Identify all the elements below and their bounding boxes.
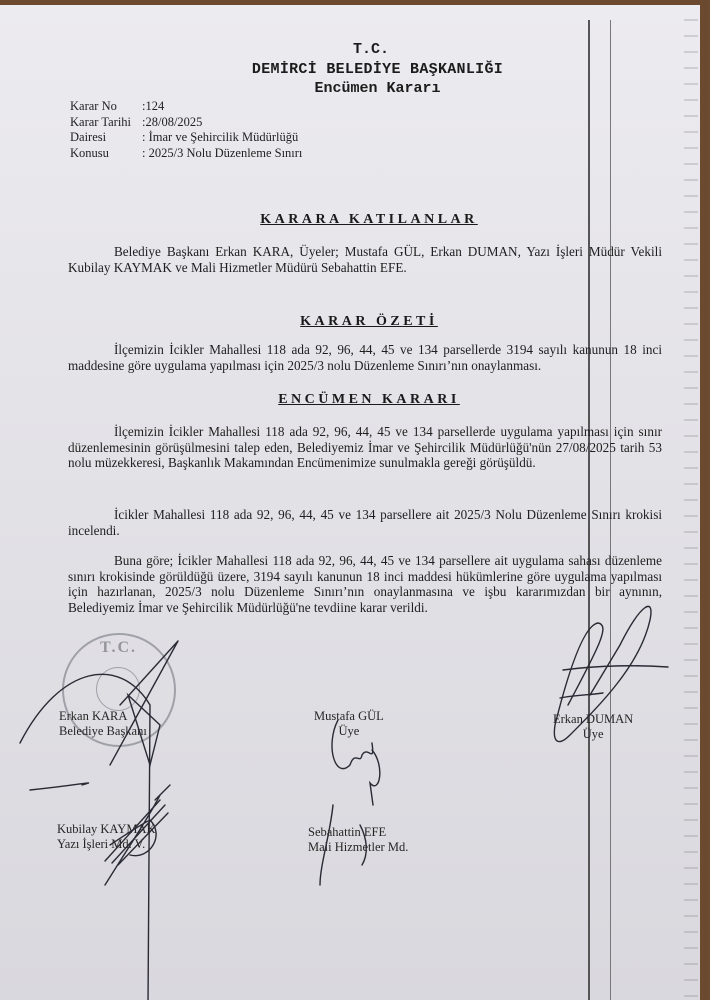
signatory-title: Yazı İşleri Md. V. (57, 837, 156, 852)
signatory-name: Mustafa GÜL (314, 709, 384, 724)
meta-value: :28/08/2025 (142, 115, 202, 131)
meta-label: Dairesi (70, 130, 142, 146)
signatory-title: Belediye Başkanı (59, 724, 147, 739)
meta-row-decision-no: Karar No :124 (70, 99, 302, 115)
document-page: T.C. DEMİRCİ BELEDİYE BAŞKANLIĞI Encümen… (0, 5, 700, 1000)
decision-paragraph: Buna göre; İcikler Mahallesi 118 ada 92,… (68, 553, 662, 615)
signature-block-member: Mustafa GÜL Üye (314, 709, 384, 739)
meta-label: Karar Tarihi (70, 115, 142, 131)
signatory-name: Kubilay KAYMAK (57, 822, 156, 837)
decision-text: İcikler Mahallesi 118 ada 92, 96, 44, 45… (68, 507, 662, 538)
signatory-name: Sebahattin EFE (308, 825, 408, 840)
signatory-name: Erkan KARA (59, 709, 147, 724)
header-country: T.C. (42, 41, 700, 58)
signatory-title: Mali Hizmetler Md. (308, 840, 408, 855)
header-document-type: Encümen Kararı (55, 80, 700, 97)
signatory-title: Üye (553, 727, 633, 742)
signature-block-clerk: Kubilay KAYMAK Yazı İşleri Md. V. (57, 822, 156, 852)
meta-row-decision-date: Karar Tarihi :28/08/2025 (70, 115, 302, 131)
summary-paragraph: İlçemizin İcikler Mahallesi 118 ada 92, … (68, 342, 662, 373)
seal-crescent-icon (96, 667, 140, 711)
participants-paragraph: Belediye Başkanı Erkan KARA, Üyeler; Mus… (68, 244, 662, 275)
meta-label: Konusu (70, 146, 142, 162)
signature-block-member: Erkan DUMAN Üye (553, 712, 633, 742)
decision-paragraph: İlçemizin İcikler Mahallesi 118 ada 92, … (68, 424, 662, 471)
meta-value: : 2025/3 Nolu Düzenleme Sınırı (142, 146, 302, 162)
header-organization: DEMİRCİ BELEDİYE BAŞKANLIĞI (55, 61, 700, 78)
decision-text: Buna göre; İcikler Mahallesi 118 ada 92,… (68, 553, 662, 615)
signature-block-mayor: Erkan KARA Belediye Başkanı (59, 709, 147, 739)
decision-heading: ENCÜMEN KARARI (0, 392, 700, 408)
meta-row-subject: Konusu : 2025/3 Nolu Düzenleme Sınırı (70, 146, 302, 162)
decision-meta: Karar No :124 Karar Tarihi :28/08/2025 D… (70, 99, 302, 161)
participants-text: Belediye Başkanı Erkan KARA, Üyeler; Mus… (68, 244, 662, 275)
seal-text: T.C. (100, 639, 137, 657)
meta-value: : İmar ve Şehircilik Müdürlüğü (142, 130, 298, 146)
meta-value: :124 (142, 99, 164, 115)
meta-row-department: Dairesi : İmar ve Şehircilik Müdürlüğü (70, 130, 302, 146)
participants-heading: KARARA KATILANLAR (0, 212, 700, 228)
signatory-name: Erkan DUMAN (553, 712, 633, 727)
signature-block-finance: Sebahattin EFE Mali Hizmetler Md. (308, 825, 408, 855)
summary-heading: KARAR ÖZETİ (0, 314, 700, 330)
signatory-title: Üye (314, 724, 384, 739)
decision-text: İlçemizin İcikler Mahallesi 118 ada 92, … (68, 424, 662, 470)
decision-paragraph: İcikler Mahallesi 118 ada 92, 96, 44, 45… (68, 507, 662, 538)
meta-label: Karar No (70, 99, 142, 115)
summary-text: İlçemizin İcikler Mahallesi 118 ada 92, … (68, 342, 662, 373)
page-edge-marks (684, 5, 698, 1000)
